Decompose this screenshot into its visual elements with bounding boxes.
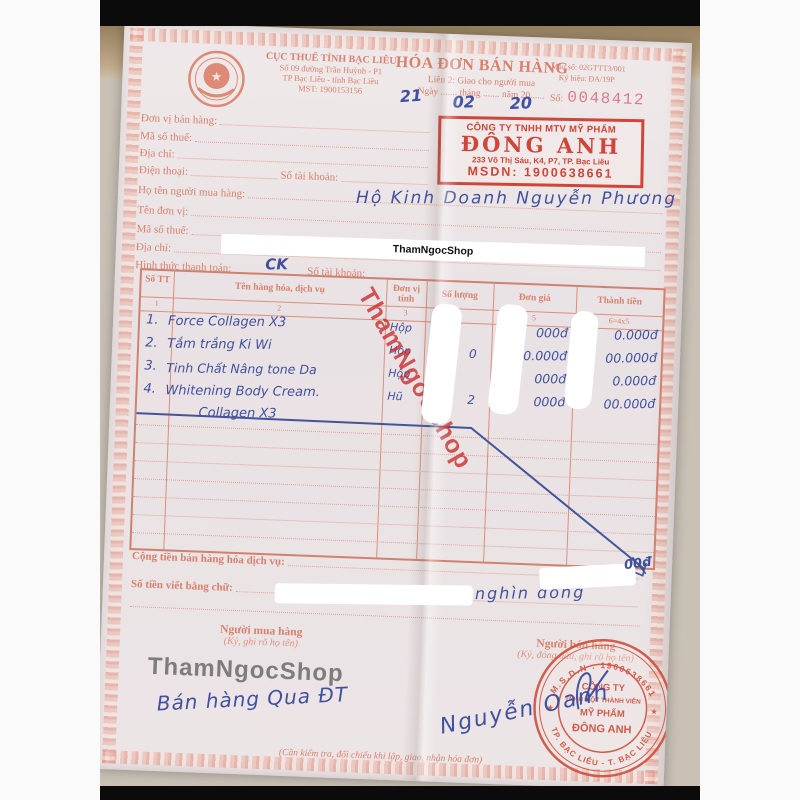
censor-bar-grand-total <box>539 563 636 590</box>
svg-text:★: ★ <box>650 707 658 716</box>
invoice-paper: ★ CỤC THUẾ TỈNH BẠC LIÊU Số 09 đường Trầ… <box>100 21 692 790</box>
col-header-unit: Đơn vị tính <box>386 284 427 306</box>
meta-block: Mẫu số: 02GTTT3/001 Ký hiệu: ĐA/19P Số: … <box>550 62 676 111</box>
handwritten-month: 02 <box>453 92 476 111</box>
item-name: Force Collagen X3 <box>168 314 286 330</box>
photo-of-invoice: ★ CỤC THUẾ TỈNH BẠC LIÊU Số 09 đường Trầ… <box>0 0 800 800</box>
col-header-no: Số TT <box>141 274 173 286</box>
seal-line4: ĐÔNG ANH <box>572 721 632 736</box>
letterbox-top <box>100 0 700 26</box>
number-prefix: Số: <box>550 93 564 105</box>
item-qty: 2 <box>467 393 475 407</box>
company-stamp-box: CÔNG TY TNHH MTV MỸ PHẨM ĐÔNG ANH 233 Võ… <box>437 116 644 189</box>
col-header-total: Thành tiền <box>576 295 663 309</box>
invoice-number: 0048412 <box>567 88 645 109</box>
handwritten-total-fragment: 00đ <box>623 555 652 574</box>
photo-area: ★ CỤC THUẾ TỈNH BẠC LIÊU Số 09 đường Trầ… <box>100 0 700 800</box>
item-name-cont: Collagen X3 <box>199 406 277 422</box>
company-stamp-msdn: MSDN: 1900638661 <box>444 164 636 181</box>
svg-text:★: ★ <box>210 69 222 84</box>
item-name: Whitening Body Cream. <box>165 383 320 400</box>
item-name: Tắm trắng Ki Wi <box>167 337 272 353</box>
handwritten-year: 20 <box>509 93 532 113</box>
letterbox-bottom <box>100 786 700 800</box>
censor-watermark-text: ThamNgocShop <box>393 243 474 258</box>
col-header-price: Đơn giá <box>493 292 576 306</box>
handwritten-payment: CK <box>265 255 288 273</box>
handwritten-buyer-signature: Bán hàng Qua ĐT <box>156 682 348 715</box>
tax-emblem-icon: ★ <box>185 48 247 110</box>
censor-bar-words <box>275 583 473 605</box>
handwritten-day: 21 <box>399 86 422 106</box>
item-name: Tinh Chất Nâng tone Da <box>166 360 317 377</box>
col-header-qty: Số lượng <box>426 289 493 302</box>
item-unit: Hũ <box>387 390 403 404</box>
serial-label: Ký hiệu: ĐA/19P <box>559 73 675 86</box>
buyer-signature-block: Người mua hàng (Ký, ghi rõ họ tên) <box>161 621 362 652</box>
handwritten-buyer-name: Hộ Kinh Doanh Nguyễn Phương <box>356 188 677 209</box>
item-qty: 0 <box>469 347 477 361</box>
